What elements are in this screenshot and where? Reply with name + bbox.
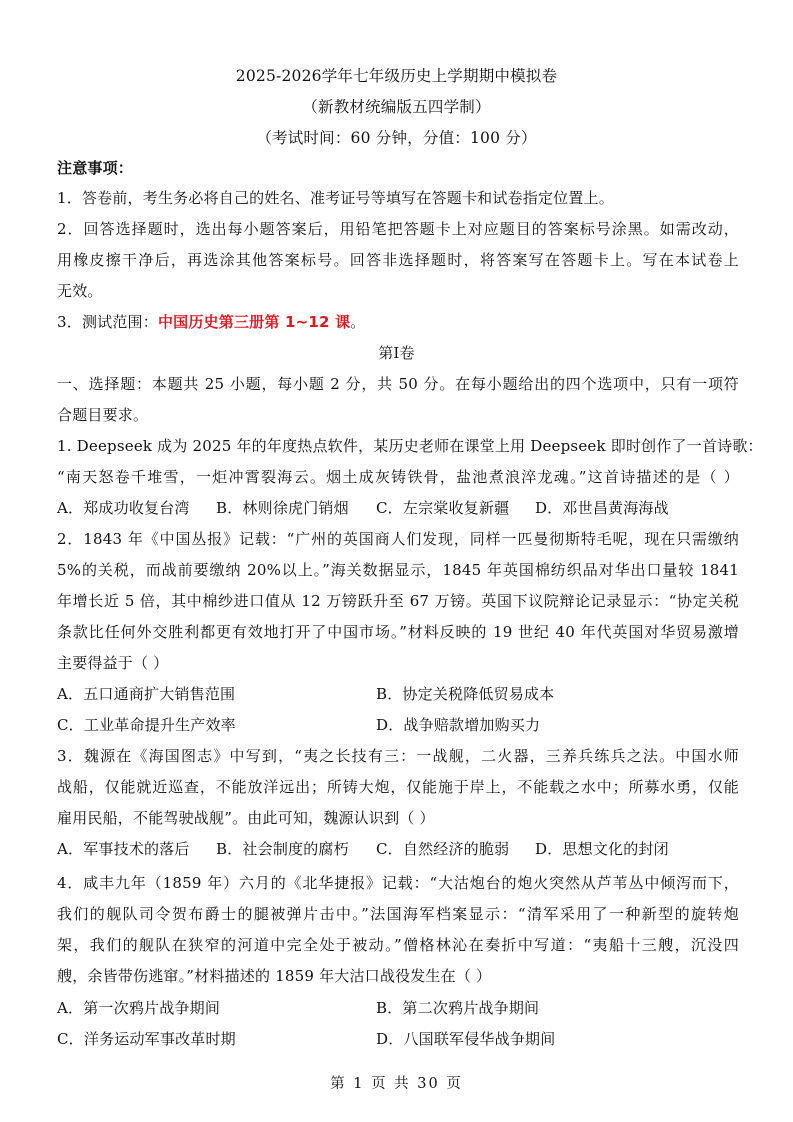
exam-title: 2025-2026学年七年级历史上学期期中模拟卷 [0,66,793,86]
notice-item-1: 1．答卷前，考生务必将自己的姓名、准考证号等填写在答题卡和试卷指定位置上。 [57,188,739,208]
question-1-line-2: “南天怒卷千堆雪，一炬冲霄裂海云。烟土成灰铸铁骨，盐池煮浪淬龙魂。”这首诗描述的… [57,467,739,487]
test-scope-highlight: 中国历史第三册第 1~12 课 [158,313,350,331]
question-4-option-d[interactable]: D．八国联军侵华战争期间 [376,1029,555,1049]
exam-page: 2025-2026学年七年级历史上学期期中模拟卷 （新教材统编版五四学制） （考… [0,0,793,1122]
question-2-line-1: 2．1843 年《中国丛报》记载：“广州的英国商人们发现，同样一匹曼彻斯特毛呢，… [57,529,739,549]
notice-item-3: 3．测试范围：中国历史第三册第 1~12 课。 [57,312,739,332]
notice-item-2-line-2: 用橡皮擦干净后，再选涂其他答案标号。回答非选择题时，将答案写在答题卡上。写在本试… [57,250,739,270]
question-2-line-2: 5%的关税，而战前要缴纳 20%以上。”海关数据显示，1845 年英国棉纺织品对… [57,560,739,580]
volume-label: 第I卷 [0,343,793,363]
question-4-line-3: 架，我们的舰队在狭窄的河道中完全处于被动。”僧格林沁在奏折中写道：“夷船十三艘，… [57,935,739,955]
question-2-option-b[interactable]: B．协定关税降低贸易成本 [376,684,554,704]
section-instructions-line-1: 一、选择题：本题共 25 小题，每小题 2 分，共 50 分。在每小题给出的四个… [57,374,739,394]
question-1-option-d[interactable]: D．邓世昌黄海海战 [535,498,669,518]
question-2-option-d[interactable]: D．战争赔款增加购买力 [376,715,540,735]
notice-item-2-line-1: 2．回答选择题时，选出每小题答案后，用铅笔把答题卡上对应题目的答案标号涂黑。如需… [57,219,739,239]
section-instructions-line-2: 合题目要求。 [57,405,739,425]
question-4-option-a[interactable]: A．第一次鸦片战争期间 [57,998,220,1018]
question-2-line-5: 主要得益于（ ） [57,653,739,673]
question-1-line-1: 1. Deepseek 成为 2025 年的年度热点软件，某历史老师在课堂上用 … [57,436,739,456]
notice-item-3-suffix: 。 [350,313,365,331]
exam-subtitle: （新教材统编版五四学制） [0,97,793,117]
question-2-option-a[interactable]: A．五口通商扩大销售范围 [57,684,235,704]
question-3-line-3: 雇用民船，不能驾驶战舰”。由此可知，魏源认识到（ ） [57,808,739,828]
notice-item-3-prefix: 3．测试范围： [57,313,158,331]
question-1-option-b[interactable]: B．林则徐虎门销烟 [216,498,349,518]
question-3-option-d[interactable]: D．思想文化的封闭 [535,839,669,859]
notice-heading: 注意事项： [57,158,739,178]
question-3-line-2: 战船，仅能就近巡查，不能放洋远出；所铸大炮，仅能施于岸上，不能载之水中；所募水勇… [57,777,739,797]
question-2-line-3: 年增长近 5 倍，其中棉纱进口值从 12 万镑跃升至 67 万镑。英国下议院辩论… [57,591,739,611]
question-4-option-c[interactable]: C．洋务运动军事改革时期 [57,1029,236,1049]
question-4-line-2: 我们的舰队司令贺布爵士的腿被弹片击中。”法国海军档案显示：“清军采用了一种新型的… [57,904,739,924]
question-4-option-b[interactable]: B．第二次鸦片战争期间 [376,998,539,1018]
exam-info: （考试时间：60 分钟，分值：100 分） [0,128,793,148]
question-3-option-c[interactable]: C．自然经济的脆弱 [376,839,509,859]
question-1-option-c[interactable]: C．左宗棠收复新疆 [376,498,509,518]
question-4-line-4: 艘，余皆带伤逃窜。”材料描述的 1859 年大沽口战役发生在（ ） [57,966,739,986]
page-indicator: 第 1 页 共 30 页 [0,1074,793,1094]
question-1-option-a[interactable]: A．郑成功收复台湾 [57,498,190,518]
question-3-option-b[interactable]: B．社会制度的腐朽 [216,839,349,859]
notice-item-2-line-3: 无效。 [57,281,739,301]
question-2-line-4: 条款比任何外交胜利都更有效地打开了中国市场。”材料反映的 19 世纪 40 年代… [57,622,739,642]
question-4-line-1: 4．咸丰九年（1859 年）六月的《北华捷报》记载：“大沽炮台的炮火突然从芦苇丛… [57,873,739,893]
question-2-option-c[interactable]: C．工业革命提升生产效率 [57,715,236,735]
question-3-line-1: 3．魏源在《海国图志》中写到，“夷之长技有三：一战舰，二火器，三养兵练兵之法。中… [57,746,739,766]
question-3-option-a[interactable]: A．军事技术的落后 [57,839,190,859]
